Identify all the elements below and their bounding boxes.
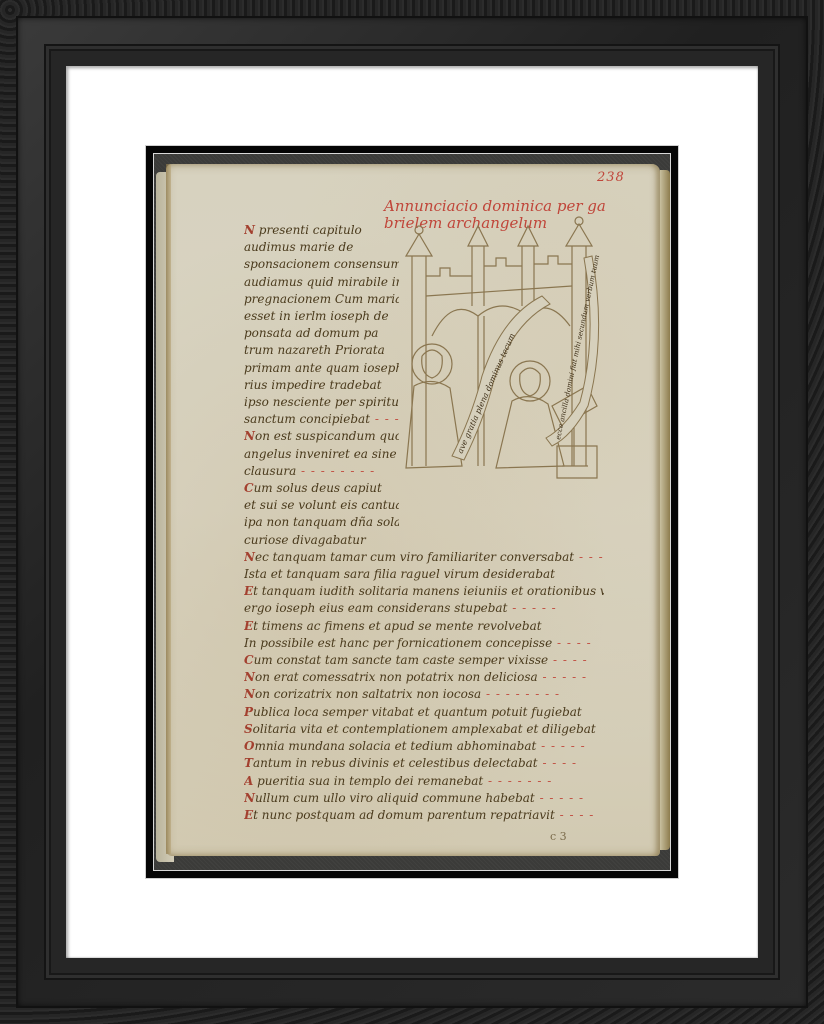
text-line: Non est suspicandum quod <box>244 428 399 445</box>
text-line: ipa non tanquam dña sola <box>244 514 399 531</box>
text-line: Et tanquam iudith solitaria manens ieiun… <box>244 583 604 600</box>
rubric-line-1: Annunciacio dominica per ga <box>384 198 606 215</box>
text-line: In possibile est hanc per fornicationem … <box>244 635 604 652</box>
text-line: clausura - - - - - - - - <box>244 463 399 480</box>
manuscript-photo: 238 Annunciacio dominica per ga brielem … <box>154 154 670 870</box>
text-line: Tantum in rebus divinis et celestibus de… <box>244 755 604 772</box>
text-line: Cum solus deus capiut <box>244 480 399 497</box>
text-line: ergo ioseph eius eam considerans stupeba… <box>244 600 604 617</box>
text-line: Solitaria vita et contemplationem amplex… <box>244 721 604 738</box>
text-line: esset in ierlm ioseph de <box>244 308 399 325</box>
folio-number: 238 <box>597 170 625 185</box>
text-line: trum nazareth Priorata <box>244 342 399 359</box>
text-line: Et timens ac fimens et apud se mente rev… <box>244 618 604 635</box>
text-line: A pueritia sua in templo dei remanebat -… <box>244 773 604 790</box>
text-line: N presenti capitulo <box>244 222 399 239</box>
text-line: audiamus quid mirabile in <box>244 274 399 291</box>
text-line: et sui se volunt eis cantua <box>244 497 399 514</box>
text-line: Omnia mundana solacia et tedium abhomina… <box>244 738 604 755</box>
text-line: ponsata ad domum pa <box>244 325 399 342</box>
text-line: Nullum cum ullo viro aliquid commune hab… <box>244 790 604 807</box>
text-line: sponsacionem consensum <box>244 256 399 273</box>
text-line: curiose divagabatur <box>244 532 399 549</box>
text-line: Nec tanquam tamar cum viro familiariter … <box>244 549 604 566</box>
text-line: Publica loca semper vitabat et quantum p… <box>244 704 604 721</box>
text-line: angelus inveniret ea sine <box>244 446 399 463</box>
binding-gutter <box>166 164 171 854</box>
text-line: pregnacionem Cum maria <box>244 291 399 308</box>
text-line: Ista et tanquam sara filia raguel virum … <box>244 566 604 583</box>
text-line: Non corizatrix non saltatrix non iocosa … <box>244 686 604 703</box>
bottom-mark: c 3 <box>550 830 567 843</box>
text-line: audimus marie de <box>244 239 399 256</box>
text-line: Et nunc postquam ad domum parentum repat… <box>244 807 604 824</box>
manuscript-text: N presenti capitulo audimus marie de spo… <box>244 222 604 824</box>
text-line: rius impedire tradebat <box>244 377 399 394</box>
page-fore-edge <box>660 170 670 850</box>
text-line: Non erat comessatrix non potatrix non de… <box>244 669 604 686</box>
text-line: ipso nesciente per spiritum <box>244 394 399 411</box>
text-line: primam ante quam ioseph necessa <box>244 360 399 377</box>
text-line: Cum constat tam sancte tam caste semper … <box>244 652 604 669</box>
text-line: sanctum concipiebat - - - - - <box>244 411 399 428</box>
